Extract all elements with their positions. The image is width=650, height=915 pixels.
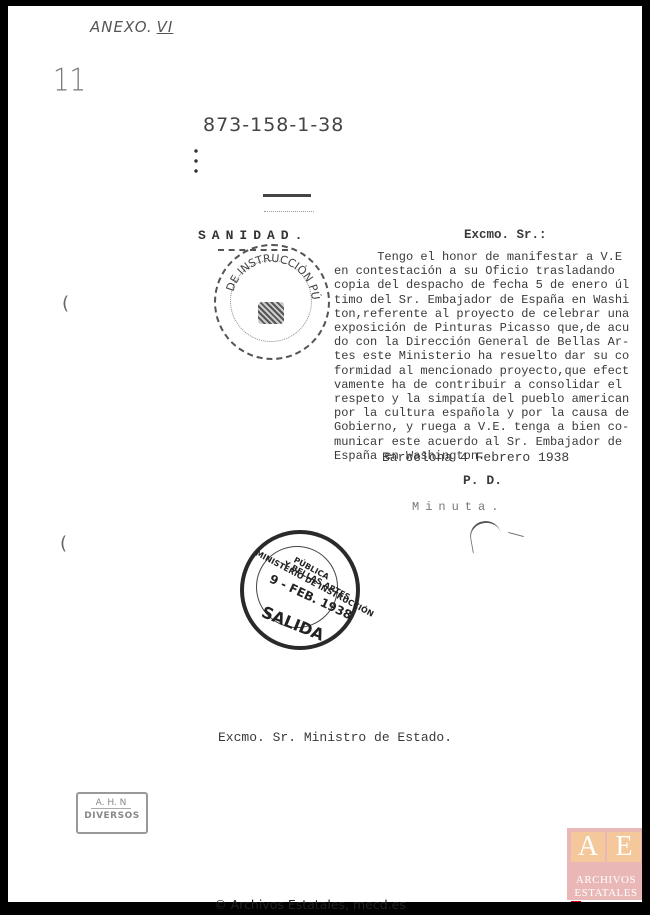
- letter-body: Tengo el honor de manifestar a V.Een con…: [334, 250, 629, 463]
- signature-stroke: [508, 532, 524, 537]
- letter-line: Gobierno, y ruega a V.E. tenga a bien co…: [334, 420, 629, 434]
- copyright-footer: © Archivos Estatales, mecd.es: [0, 897, 620, 912]
- margin-mark: (: [60, 533, 67, 554]
- coat-of-arms-icon: [258, 302, 284, 324]
- draft-label: Minuta.: [412, 500, 504, 514]
- letter-line: en contestación a su Oficio trasladando: [334, 264, 629, 278]
- letter-line: timo del Sr. Embajador de España en Wash…: [334, 293, 629, 307]
- signature-icon: [468, 519, 504, 554]
- letter-line: vamente ha de contribuir a consolidar el: [334, 378, 629, 392]
- place-date: Barcelona 4 Febrero 1938: [382, 450, 569, 465]
- logo-line1: ARCHIVOS: [567, 874, 642, 886]
- salutation: Excmo. Sr.:: [464, 228, 547, 242]
- dotted-line: [264, 211, 314, 212]
- document-page: ANEXO.VI 11 873-158-1-38 SANIDAD. DE INS…: [8, 6, 642, 902]
- addressee: Excmo. Sr. Ministro de Estado.: [218, 730, 452, 745]
- annex-number: VI: [157, 18, 174, 36]
- archive-stamp-line1: A. H. N: [91, 798, 131, 809]
- logo-letter-e: E: [607, 832, 641, 862]
- letter-line: municar este acuerdo al Sr. Embajador de: [334, 435, 629, 449]
- letter-line: tes este Ministerio ha resuelto dar su c…: [334, 349, 629, 363]
- letter-line: formidad al mencionado proyecto,que efec…: [334, 364, 629, 378]
- folio-number: 11: [53, 63, 86, 99]
- signature-abbrev: P. D.: [463, 473, 502, 488]
- archive-stamp: A. H. N DIVERSOS: [76, 792, 148, 834]
- letter-line: do con la Dirección General de Bellas Ar…: [334, 335, 629, 349]
- letter-line: exposición de Pinturas Picasso que,de ac…: [334, 321, 629, 335]
- svg-text:DE INSTRUCCIÓN PÚBLICA: DE INSTRUCCIÓN PÚBLICA: [216, 246, 322, 301]
- reference-number: 873-158-1-38: [203, 114, 344, 136]
- annex-label: ANEXO.VI: [90, 18, 173, 36]
- archivos-estatales-logo: A E ARCHIVOS ESTATALES: [567, 828, 642, 902]
- letter-line: por la cultura española y por la causa d…: [334, 406, 629, 420]
- archive-stamp-line2: DIVERSOS: [78, 811, 146, 821]
- letter-line: Tengo el honor de manifestar a V.E: [334, 250, 629, 264]
- outgoing-stamp: MINISTERIO DE INSTRUCCIÓN PÚBLICA Y BELL…: [240, 530, 360, 650]
- ministry-seal: DE INSTRUCCIÓN PÚBLICA: [214, 244, 330, 360]
- letter-line: copia del despacho de fecha 5 de enero ú…: [334, 278, 629, 292]
- logo-letter-a: A: [571, 832, 605, 862]
- ink-dots: [194, 146, 198, 178]
- margin-mark: (: [62, 293, 69, 314]
- header-bar: [263, 194, 311, 197]
- department-heading: SANIDAD.: [198, 228, 308, 243]
- letter-line: ton,referente al proyecto de celebrar un…: [334, 307, 629, 321]
- letter-line: respeto y la simpatía del pueblo america…: [334, 392, 629, 406]
